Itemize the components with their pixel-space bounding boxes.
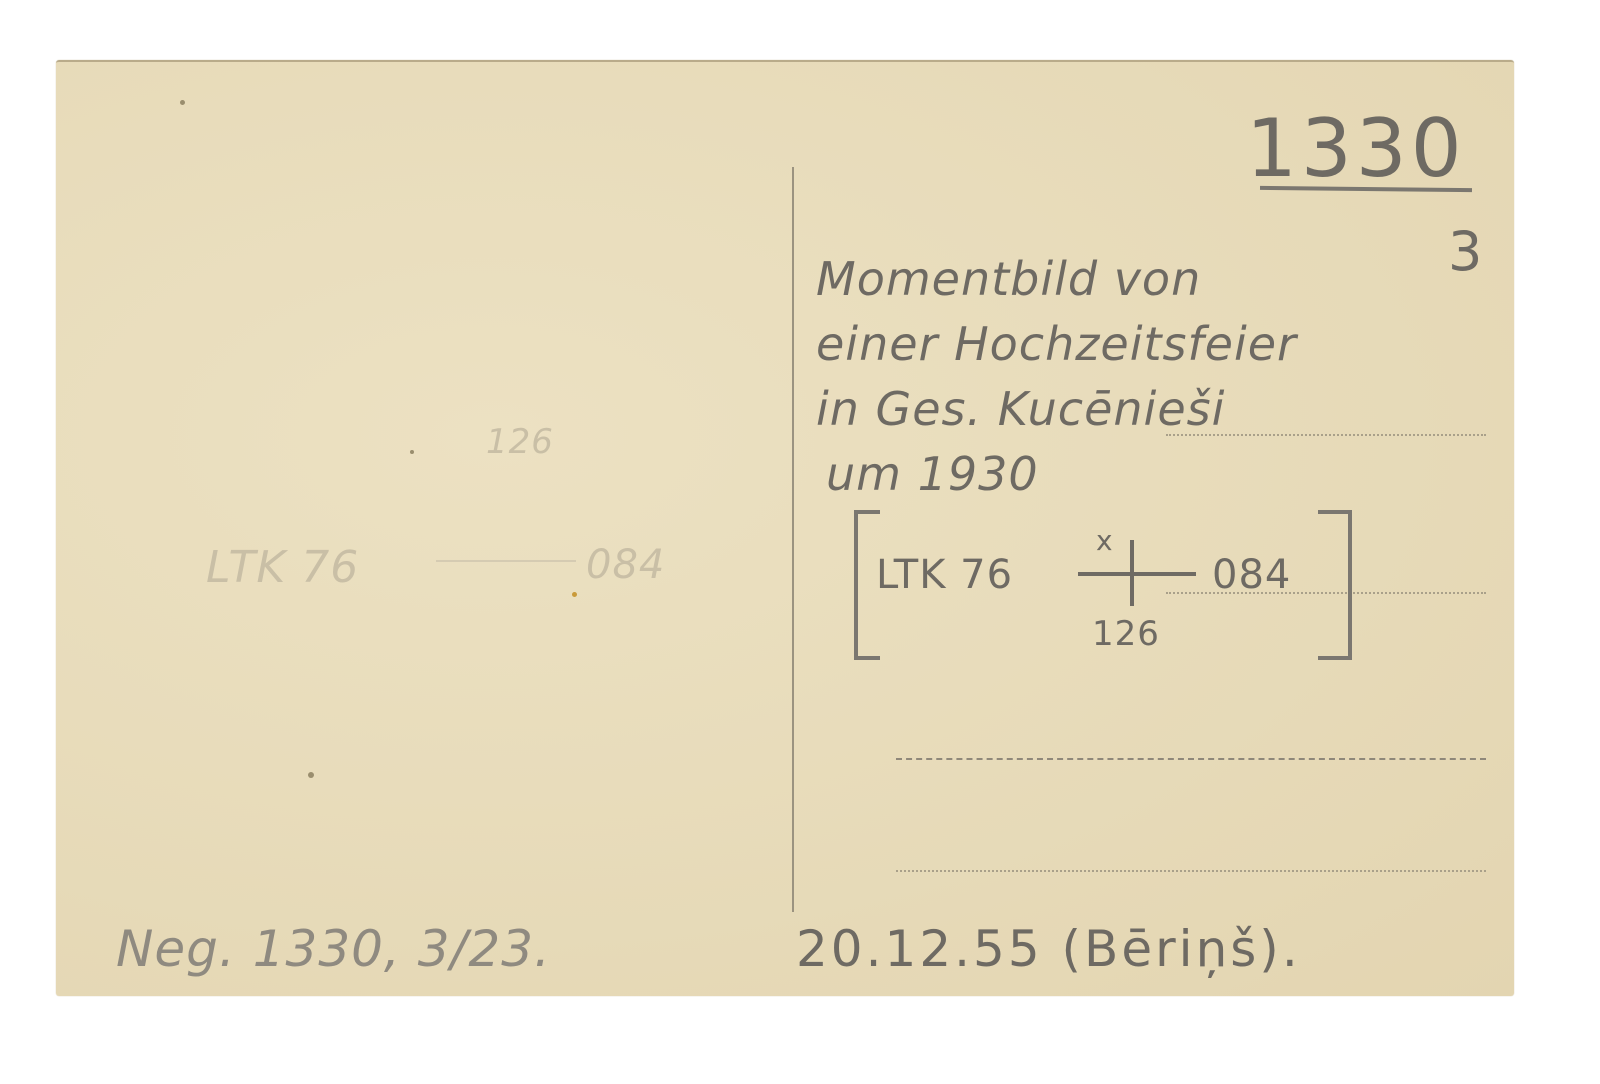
postcard-back: 1330 3 Momentbild von einer Hochzeitsfei… — [56, 60, 1514, 996]
paper-speck — [410, 450, 414, 454]
center-divider-line — [792, 167, 794, 912]
show-through-text-right: 084 — [586, 542, 665, 588]
reference-cross-horizontal — [1078, 572, 1196, 576]
reference-suffix: 084 — [1212, 552, 1291, 598]
description-line-1: Momentbild von — [816, 252, 1201, 306]
paper-speck — [180, 100, 185, 105]
address-line-3 — [896, 758, 1486, 760]
show-through-text-top: 126 — [486, 422, 554, 462]
archive-number: 1330 — [1246, 102, 1466, 195]
reference-superscript: x — [1096, 524, 1114, 557]
show-through-text-left: LTK 76 — [206, 542, 359, 593]
description-line-4: um 1930 — [826, 447, 1039, 501]
address-line-4 — [896, 870, 1486, 872]
show-through-line — [436, 560, 576, 562]
reference-prefix: LTK 76 — [876, 552, 1013, 598]
reference-subscript: 126 — [1092, 614, 1160, 654]
paper-speck — [308, 772, 314, 778]
date-and-author: 20.12.55 (Bēriņš). — [796, 920, 1301, 978]
description-line-2: einer Hochzeitsfeier — [816, 317, 1297, 371]
archive-subnumber: 3 — [1448, 220, 1483, 283]
paper-speck — [572, 592, 577, 597]
reference-cross-vertical — [1130, 540, 1134, 606]
negative-number: Neg. 1330, 3/23. — [116, 920, 551, 978]
description-line-3: in Ges. Kucēnieši — [816, 382, 1225, 436]
